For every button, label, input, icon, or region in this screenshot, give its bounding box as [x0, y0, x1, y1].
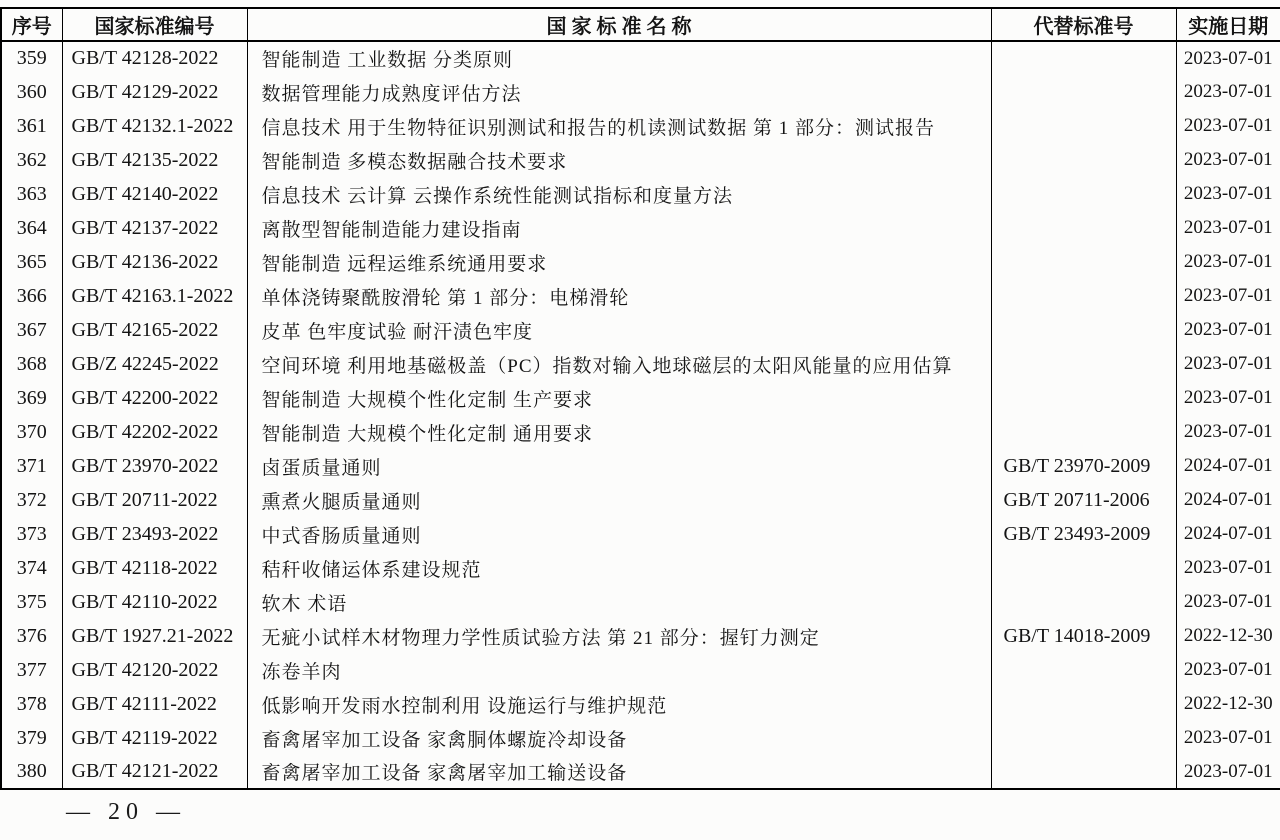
cell-implementation-date: 2022-12-30 — [1176, 619, 1280, 653]
cell-standard-name: 智能制造 多模态数据融合技术要求 — [247, 143, 991, 177]
document-page: 序号 国家标准编号 国 家 标 准 名 称 代替标准号 实施日期 359GB/T… — [0, 0, 1280, 840]
cell-serial: 359 — [1, 41, 62, 75]
cell-standard-code: GB/T 42132.1-2022 — [62, 109, 247, 143]
cell-standard-name: 智能制造 大规模个性化定制 生产要求 — [247, 381, 991, 415]
cell-standard-name: 智能制造 大规模个性化定制 通用要求 — [247, 415, 991, 449]
header-implementation-date: 实施日期 — [1176, 8, 1280, 41]
table-row: 363GB/T 42140-2022信息技术 云计算 云操作系统性能测试指标和度… — [1, 177, 1280, 211]
cell-serial: 370 — [1, 415, 62, 449]
table-row: 373GB/T 23493-2022中式香肠质量通则GB/T 23493-200… — [1, 517, 1280, 551]
cell-serial: 360 — [1, 75, 62, 109]
cell-serial: 361 — [1, 109, 62, 143]
cell-implementation-date: 2023-07-01 — [1176, 75, 1280, 109]
table-row: 374GB/T 42118-2022秸秆收储运体系建设规范2023-07-01 — [1, 551, 1280, 585]
cell-replaced-code — [991, 687, 1176, 721]
cell-replaced-code — [991, 177, 1176, 211]
cell-standard-code: GB/T 42135-2022 — [62, 143, 247, 177]
cell-standard-code: GB/T 42129-2022 — [62, 75, 247, 109]
cell-standard-code: GB/T 23970-2022 — [62, 449, 247, 483]
cell-replaced-code: GB/T 23970-2009 — [991, 449, 1176, 483]
table-row: 366GB/T 42163.1-2022单体浇铸聚酰胺滑轮 第 1 部分：电梯滑… — [1, 279, 1280, 313]
cell-implementation-date: 2023-07-01 — [1176, 177, 1280, 211]
header-row: 序号 国家标准编号 国 家 标 准 名 称 代替标准号 实施日期 — [1, 8, 1280, 41]
table-row: 375GB/T 42110-2022软木 术语2023-07-01 — [1, 585, 1280, 619]
cell-standard-code: GB/T 42136-2022 — [62, 245, 247, 279]
cell-standard-code: GB/T 42200-2022 — [62, 381, 247, 415]
cell-standard-name: 无疵小试样木材物理力学性质试验方法 第 21 部分：握钉力测定 — [247, 619, 991, 653]
cell-serial: 380 — [1, 755, 62, 789]
cell-serial: 377 — [1, 653, 62, 687]
cell-replaced-code — [991, 755, 1176, 789]
cell-replaced-code: GB/T 23493-2009 — [991, 517, 1176, 551]
standards-table-body: 359GB/T 42128-2022智能制造 工业数据 分类原则2023-07-… — [1, 41, 1280, 789]
cell-replaced-code — [991, 721, 1176, 755]
cell-serial: 367 — [1, 313, 62, 347]
cell-implementation-date: 2024-07-01 — [1176, 449, 1280, 483]
cell-standard-name: 智能制造 远程运维系统通用要求 — [247, 245, 991, 279]
cell-standard-name: 熏煮火腿质量通则 — [247, 483, 991, 517]
table-row: 377GB/T 42120-2022冻卷羊肉2023-07-01 — [1, 653, 1280, 687]
cell-standard-name: 离散型智能制造能力建设指南 — [247, 211, 991, 245]
cell-implementation-date: 2023-07-01 — [1176, 211, 1280, 245]
cell-implementation-date: 2023-07-01 — [1176, 347, 1280, 381]
cell-replaced-code — [991, 381, 1176, 415]
cell-serial: 373 — [1, 517, 62, 551]
cell-standard-code: GB/T 42163.1-2022 — [62, 279, 247, 313]
header-serial: 序号 — [1, 8, 62, 41]
cell-replaced-code — [991, 211, 1176, 245]
cell-standard-code: GB/T 42140-2022 — [62, 177, 247, 211]
cell-standard-code: GB/T 42121-2022 — [62, 755, 247, 789]
cell-implementation-date: 2023-07-01 — [1176, 755, 1280, 789]
cell-implementation-date: 2023-07-01 — [1176, 279, 1280, 313]
table-row: 372GB/T 20711-2022熏煮火腿质量通则GB/T 20711-200… — [1, 483, 1280, 517]
cell-replaced-code — [991, 75, 1176, 109]
cell-standard-code: GB/T 42137-2022 — [62, 211, 247, 245]
cell-serial: 375 — [1, 585, 62, 619]
cell-standard-code: GB/T 42110-2022 — [62, 585, 247, 619]
cell-standard-name: 单体浇铸聚酰胺滑轮 第 1 部分：电梯滑轮 — [247, 279, 991, 313]
table-row: 360GB/T 42129-2022数据管理能力成熟度评估方法2023-07-0… — [1, 75, 1280, 109]
cell-standard-name: 软木 术语 — [247, 585, 991, 619]
cell-implementation-date: 2023-07-01 — [1176, 653, 1280, 687]
cell-standard-name: 数据管理能力成熟度评估方法 — [247, 75, 991, 109]
cell-replaced-code — [991, 347, 1176, 381]
cell-serial: 371 — [1, 449, 62, 483]
cell-standard-code: GB/T 42202-2022 — [62, 415, 247, 449]
table-row: 365GB/T 42136-2022智能制造 远程运维系统通用要求2023-07… — [1, 245, 1280, 279]
cell-replaced-code — [991, 653, 1176, 687]
cell-implementation-date: 2023-07-01 — [1176, 381, 1280, 415]
cell-replaced-code — [991, 585, 1176, 619]
cell-serial: 366 — [1, 279, 62, 313]
cell-implementation-date: 2024-07-01 — [1176, 483, 1280, 517]
cell-serial: 365 — [1, 245, 62, 279]
cell-standard-name: 秸秆收储运体系建设规范 — [247, 551, 991, 585]
cell-standard-code: GB/T 23493-2022 — [62, 517, 247, 551]
cell-standard-code: GB/T 42119-2022 — [62, 721, 247, 755]
cell-implementation-date: 2023-07-01 — [1176, 245, 1280, 279]
cell-implementation-date: 2023-07-01 — [1176, 313, 1280, 347]
cell-serial: 372 — [1, 483, 62, 517]
standards-table: 序号 国家标准编号 国 家 标 准 名 称 代替标准号 实施日期 359GB/T… — [0, 7, 1280, 790]
cell-implementation-date: 2024-07-01 — [1176, 517, 1280, 551]
table-row: 380GB/T 42121-2022畜禽屠宰加工设备 家禽屠宰加工输送设备202… — [1, 755, 1280, 789]
cell-implementation-date: 2023-07-01 — [1176, 143, 1280, 177]
cell-standard-name: 信息技术 云计算 云操作系统性能测试指标和度量方法 — [247, 177, 991, 211]
table-row: 370GB/T 42202-2022智能制造 大规模个性化定制 通用要求2023… — [1, 415, 1280, 449]
table-row: 369GB/T 42200-2022智能制造 大规模个性化定制 生产要求2023… — [1, 381, 1280, 415]
cell-standard-name: 低影响开发雨水控制利用 设施运行与维护规范 — [247, 687, 991, 721]
cell-replaced-code — [991, 279, 1176, 313]
cell-standard-name: 皮革 色牢度试验 耐汗渍色牢度 — [247, 313, 991, 347]
header-standard-name: 国 家 标 准 名 称 — [247, 8, 991, 41]
cell-serial: 363 — [1, 177, 62, 211]
table-row: 367GB/T 42165-2022皮革 色牢度试验 耐汗渍色牢度2023-07… — [1, 313, 1280, 347]
cell-implementation-date: 2022-12-30 — [1176, 687, 1280, 721]
table-row: 362GB/T 42135-2022智能制造 多模态数据融合技术要求2023-0… — [1, 143, 1280, 177]
cell-implementation-date: 2023-07-01 — [1176, 585, 1280, 619]
cell-replaced-code — [991, 143, 1176, 177]
cell-serial: 362 — [1, 143, 62, 177]
page-number: — 20 — — [66, 799, 186, 826]
header-standard-code: 国家标准编号 — [62, 8, 247, 41]
cell-implementation-date: 2023-07-01 — [1176, 109, 1280, 143]
cell-replaced-code: GB/T 14018-2009 — [991, 619, 1176, 653]
cell-implementation-date: 2023-07-01 — [1176, 551, 1280, 585]
cell-serial: 378 — [1, 687, 62, 721]
cell-serial: 368 — [1, 347, 62, 381]
cell-standard-code: GB/T 42165-2022 — [62, 313, 247, 347]
cell-standard-code: GB/T 1927.21-2022 — [62, 619, 247, 653]
cell-standard-code: GB/T 42120-2022 — [62, 653, 247, 687]
cell-standard-code: GB/T 42128-2022 — [62, 41, 247, 75]
cell-implementation-date: 2023-07-01 — [1176, 721, 1280, 755]
cell-standard-name: 畜禽屠宰加工设备 家禽胴体螺旋冷却设备 — [247, 721, 991, 755]
cell-replaced-code — [991, 245, 1176, 279]
cell-standard-code: GB/T 42118-2022 — [62, 551, 247, 585]
table-header: 序号 国家标准编号 国 家 标 准 名 称 代替标准号 实施日期 — [1, 8, 1280, 41]
cell-replaced-code — [991, 415, 1176, 449]
table-row: 376GB/T 1927.21-2022无疵小试样木材物理力学性质试验方法 第 … — [1, 619, 1280, 653]
cell-replaced-code: GB/T 20711-2006 — [991, 483, 1176, 517]
cell-standard-name: 冻卷羊肉 — [247, 653, 991, 687]
cell-replaced-code — [991, 41, 1176, 75]
cell-standard-name: 信息技术 用于生物特征识别测试和报告的机读测试数据 第 1 部分：测试报告 — [247, 109, 991, 143]
cell-serial: 364 — [1, 211, 62, 245]
table-row: 378GB/T 42111-2022低影响开发雨水控制利用 设施运行与维护规范2… — [1, 687, 1280, 721]
cell-serial: 376 — [1, 619, 62, 653]
cell-replaced-code — [991, 313, 1176, 347]
table-row: 364GB/T 42137-2022离散型智能制造能力建设指南2023-07-0… — [1, 211, 1280, 245]
table-row: 368GB/Z 42245-2022空间环境 利用地基磁极盖（PC）指数对输入地… — [1, 347, 1280, 381]
table-row: 371GB/T 23970-2022卤蛋质量通则GB/T 23970-20092… — [1, 449, 1280, 483]
cell-replaced-code — [991, 109, 1176, 143]
cell-standard-name: 智能制造 工业数据 分类原则 — [247, 41, 991, 75]
cell-standard-name: 卤蛋质量通则 — [247, 449, 991, 483]
table-row: 379GB/T 42119-2022畜禽屠宰加工设备 家禽胴体螺旋冷却设备202… — [1, 721, 1280, 755]
cell-serial: 374 — [1, 551, 62, 585]
cell-serial: 369 — [1, 381, 62, 415]
cell-standard-code: GB/T 20711-2022 — [62, 483, 247, 517]
cell-implementation-date: 2023-07-01 — [1176, 41, 1280, 75]
table-row: 359GB/T 42128-2022智能制造 工业数据 分类原则2023-07-… — [1, 41, 1280, 75]
cell-standard-name: 畜禽屠宰加工设备 家禽屠宰加工输送设备 — [247, 755, 991, 789]
cell-standard-code: GB/T 42111-2022 — [62, 687, 247, 721]
cell-serial: 379 — [1, 721, 62, 755]
cell-standard-name: 空间环境 利用地基磁极盖（PC）指数对输入地球磁层的太阳风能量的应用估算 — [247, 347, 991, 381]
table-row: 361GB/T 42132.1-2022信息技术 用于生物特征识别测试和报告的机… — [1, 109, 1280, 143]
header-replaced-code: 代替标准号 — [991, 8, 1176, 41]
cell-standard-name: 中式香肠质量通则 — [247, 517, 991, 551]
cell-replaced-code — [991, 551, 1176, 585]
cell-standard-code: GB/Z 42245-2022 — [62, 347, 247, 381]
cell-implementation-date: 2023-07-01 — [1176, 415, 1280, 449]
